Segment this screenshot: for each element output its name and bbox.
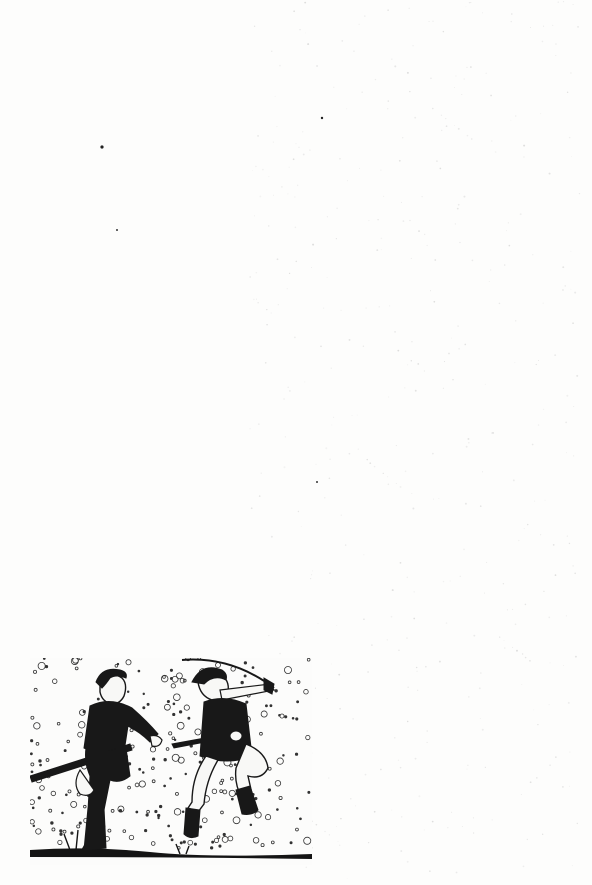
illustration-art bbox=[30, 658, 312, 865]
fight-scene-illustration bbox=[30, 658, 312, 865]
male-swordsman bbox=[30, 669, 162, 850]
ground bbox=[30, 848, 312, 859]
female-swordswoman bbox=[172, 660, 274, 838]
manga-page bbox=[0, 0, 592, 885]
